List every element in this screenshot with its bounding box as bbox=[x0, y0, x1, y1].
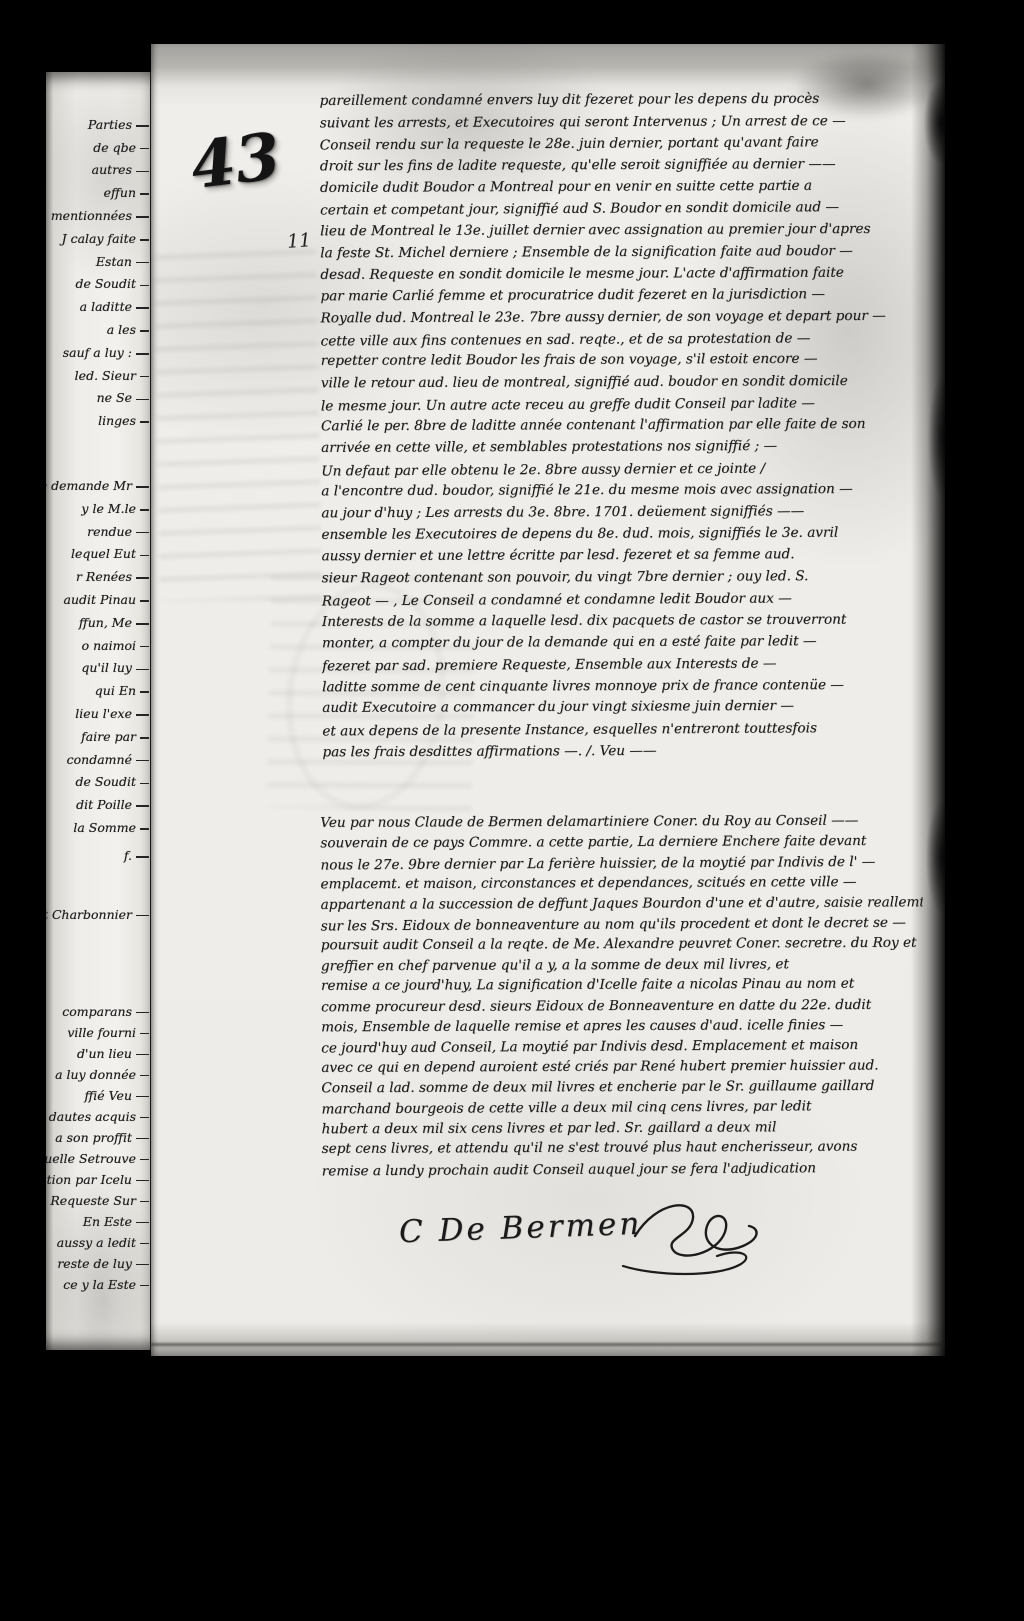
facing-page-line: de Soudit bbox=[46, 273, 149, 296]
facing-page-line: Estan bbox=[46, 250, 149, 273]
facing-page-line: ville fourni bbox=[46, 1022, 149, 1043]
facing-page-line: qui En bbox=[46, 679, 149, 702]
manuscript-line: Royalle dud. Montreal le 23e. 7bre aussy… bbox=[320, 306, 922, 330]
manuscript-line: suivant les arrests, et Executoires qui … bbox=[320, 110, 922, 134]
manuscript-page: 43 11 pareillement condamné envers luy d… bbox=[151, 44, 945, 1356]
manuscript-line: remise a lundy prochain audit Conseil au… bbox=[322, 1157, 924, 1181]
manuscript-line: nous le 27e. 9bre dernier par La ferière… bbox=[320, 851, 922, 875]
facing-page-line: prin et Charbonnier bbox=[46, 903, 149, 926]
facing-page-line: ne demande Mr bbox=[46, 474, 149, 497]
facing-page-line: dautes acquis bbox=[46, 1106, 149, 1127]
facing-page-line: o naimoi bbox=[46, 634, 149, 657]
facing-page-line: dit Poille bbox=[46, 793, 149, 816]
manuscript-line: la feste St. Michel derniere ; Ensemble … bbox=[320, 241, 922, 265]
facing-page-line: a son proffit bbox=[46, 1127, 149, 1148]
manuscript-line: pas les frais desdittes affirmations —. … bbox=[322, 739, 924, 763]
facing-page-group-1: Partiesde qbeautreseffunmentionnéesJ cal… bbox=[46, 113, 149, 432]
facing-page-line: r Renées bbox=[46, 565, 149, 588]
facing-page-line: a laditte bbox=[46, 295, 149, 318]
margin-mark: 11 bbox=[286, 229, 312, 253]
facing-page-line: led. Sieur bbox=[46, 364, 149, 387]
facing-page-line: a luy donnée bbox=[46, 1064, 149, 1085]
manuscript-line: avec ce qui en depend auroient esté crié… bbox=[321, 1055, 923, 1078]
manuscript-line: Carlié le per. 8bre de laditte année con… bbox=[321, 414, 923, 438]
manuscript-line: le mesme jour. Un autre acte receu au gr… bbox=[321, 392, 923, 418]
facing-page-line: ffié Veu bbox=[46, 1085, 149, 1106]
manuscript-line: ville le retour aud. lieu de montreal, s… bbox=[321, 371, 923, 395]
manuscript-line: aussy dernier et une lettre écritte par … bbox=[322, 544, 924, 568]
facing-page-edge: Partiesde qbeautreseffunmentionnéesJ cal… bbox=[46, 72, 153, 1350]
facing-page-line: a les bbox=[46, 318, 149, 341]
manuscript-line: fezeret par sad. premiere Requeste, Ense… bbox=[322, 652, 924, 678]
manuscript-line: Un defaut par elle obtenu le 2e. 8bre au… bbox=[321, 457, 923, 483]
manuscript-line: poursuit audit Conseil a la reqte. de Me… bbox=[321, 933, 923, 956]
facing-page-line: ce y la Este bbox=[46, 1274, 149, 1295]
facing-page-line: reste de luy bbox=[46, 1253, 149, 1274]
facing-page-line: la Somme bbox=[46, 816, 149, 839]
facing-page-line: lequel Eut bbox=[46, 543, 149, 566]
manuscript-line: laditte somme de cent cinquante livres m… bbox=[322, 674, 924, 698]
manuscript-line: domicile dudit Boudor a Montreal pour en… bbox=[320, 175, 922, 199]
signature-block: C De Bermen bbox=[399, 1182, 759, 1292]
facing-page-line: effun bbox=[46, 181, 149, 204]
manuscript-line: audit Executoire a commancer du jour vin… bbox=[322, 696, 924, 720]
facing-page-group-5: comparansville fournid'un lieua luy donn… bbox=[46, 1001, 149, 1295]
facing-page-line: autres bbox=[46, 159, 149, 182]
manuscript-line: certain et competant jour, signiffié aud… bbox=[320, 197, 922, 223]
manuscript-line: comme procureur desd. sieurs Eidoux de B… bbox=[321, 994, 923, 1017]
facing-page-group-3: f. bbox=[46, 844, 149, 867]
facing-page-line: En Este bbox=[46, 1211, 149, 1232]
facing-page-line: linges bbox=[46, 409, 149, 432]
manuscript-line: au jour d'huy ; Les arrests du 3e. 8bre.… bbox=[321, 501, 923, 525]
manuscript-line: remise a ce jourd'huy, La signification … bbox=[321, 973, 923, 996]
manuscript-line: sieur Rageot contenant son pouvoir, du v… bbox=[322, 566, 924, 590]
manuscript-line: appartenant a la succession de deffunt J… bbox=[321, 892, 923, 915]
facing-page-line: comparans bbox=[46, 1001, 149, 1022]
page-bottom-crease bbox=[151, 1343, 945, 1346]
signature-name: C De Bermen bbox=[398, 1206, 642, 1250]
page-torn-right-edge bbox=[911, 44, 945, 1356]
paragraph-decree: Veu par nous Claude de Bermen delamartin… bbox=[320, 811, 924, 1181]
facing-page-line: rendue bbox=[46, 520, 149, 543]
signature-paraph-flourish bbox=[621, 1192, 771, 1282]
facing-page-line: faire par bbox=[46, 725, 149, 748]
facing-page-line: qu'il luy bbox=[46, 657, 149, 680]
facing-page-group-2: ne demande Mry le M.lerenduelequel Eutr … bbox=[46, 474, 149, 839]
facing-page-line: d'un lieu bbox=[46, 1043, 149, 1064]
facing-page-line: J calay faite bbox=[46, 227, 149, 250]
facing-page-line: aussy a ledit bbox=[46, 1232, 149, 1253]
manuscript-line: Veu par nous Claude de Bermen delamartin… bbox=[320, 810, 922, 833]
paragraph-judgment: pareillement condamné envers luy dit fez… bbox=[320, 89, 925, 764]
facing-page-line: ntion par Icelu bbox=[46, 1169, 149, 1190]
facing-page-line: y le M.le bbox=[46, 497, 149, 520]
facing-page-line: mentionnées bbox=[46, 204, 149, 227]
manuscript-line: sept cens livres, et attendu qu'il ne s'… bbox=[322, 1137, 924, 1160]
manuscript-line: desad. Requeste en sondit domicile le me… bbox=[320, 262, 922, 286]
manuscript-line: par marie Carlié femme et procuratrice d… bbox=[320, 284, 922, 308]
facing-page-line: f. bbox=[46, 844, 149, 867]
manuscript-line: droit sur les fins de ladite requeste, q… bbox=[320, 154, 922, 178]
manuscript-line: monter, a compter du jour de la demande … bbox=[322, 631, 924, 655]
facing-page-line: uelle Setrouve bbox=[46, 1148, 149, 1169]
manuscript-line: pareillement condamné envers luy dit fez… bbox=[320, 88, 922, 112]
facing-page-line: sauf a luy : bbox=[46, 341, 149, 364]
page-number: 43 bbox=[187, 119, 285, 204]
facing-page-line: condamné bbox=[46, 748, 149, 771]
facing-page-line: e Requeste Sur bbox=[46, 1190, 149, 1211]
facing-page-line: lieu l'exe bbox=[46, 702, 149, 725]
manuscript-line: sur les Srs. Eidoux de bonneaventure au … bbox=[321, 913, 923, 937]
manuscript-line: repetter contre ledit Boudor les frais d… bbox=[321, 349, 923, 373]
facing-page-line: ne Se bbox=[46, 387, 149, 410]
manuscript-line: arrivée en cette ville, et semblables pr… bbox=[321, 435, 923, 459]
facing-page-line-endings: Partiesde qbeautreseffunmentionnéesJ cal… bbox=[46, 72, 149, 1295]
manuscript-line: Conseil rendu sur la requeste le 28e. ju… bbox=[320, 132, 922, 158]
manuscript-line: et aux depens de la presente Instance, e… bbox=[322, 717, 924, 743]
facing-page-line: Parties bbox=[46, 113, 149, 136]
facing-page-line: ffun, Me bbox=[46, 611, 149, 634]
archival-photo-background: Partiesde qbeautreseffunmentionnéesJ cal… bbox=[0, 0, 1024, 1621]
ink-bleedthrough-left-margin bbox=[154, 239, 322, 602]
facing-page-line: de Soudit bbox=[46, 771, 149, 794]
manuscript-line: Interests de la somme a laquelle lesd. d… bbox=[322, 609, 924, 633]
facing-page-line: de qbe bbox=[46, 136, 149, 159]
facing-page-line: audit Pinau bbox=[46, 588, 149, 611]
facing-page-group-4: prin et Charbonnier bbox=[46, 903, 149, 926]
manuscript-line: souverain de ce pays Commre. a cette par… bbox=[320, 831, 922, 854]
manuscript-line: ensemble les Executoires de depens du 8e… bbox=[321, 522, 923, 546]
manuscript-line: lieu de Montreal le 13e. juillet dernier… bbox=[320, 219, 922, 243]
manuscript-line: a l'encontre dud. boudor, signiffié le 2… bbox=[321, 479, 923, 503]
